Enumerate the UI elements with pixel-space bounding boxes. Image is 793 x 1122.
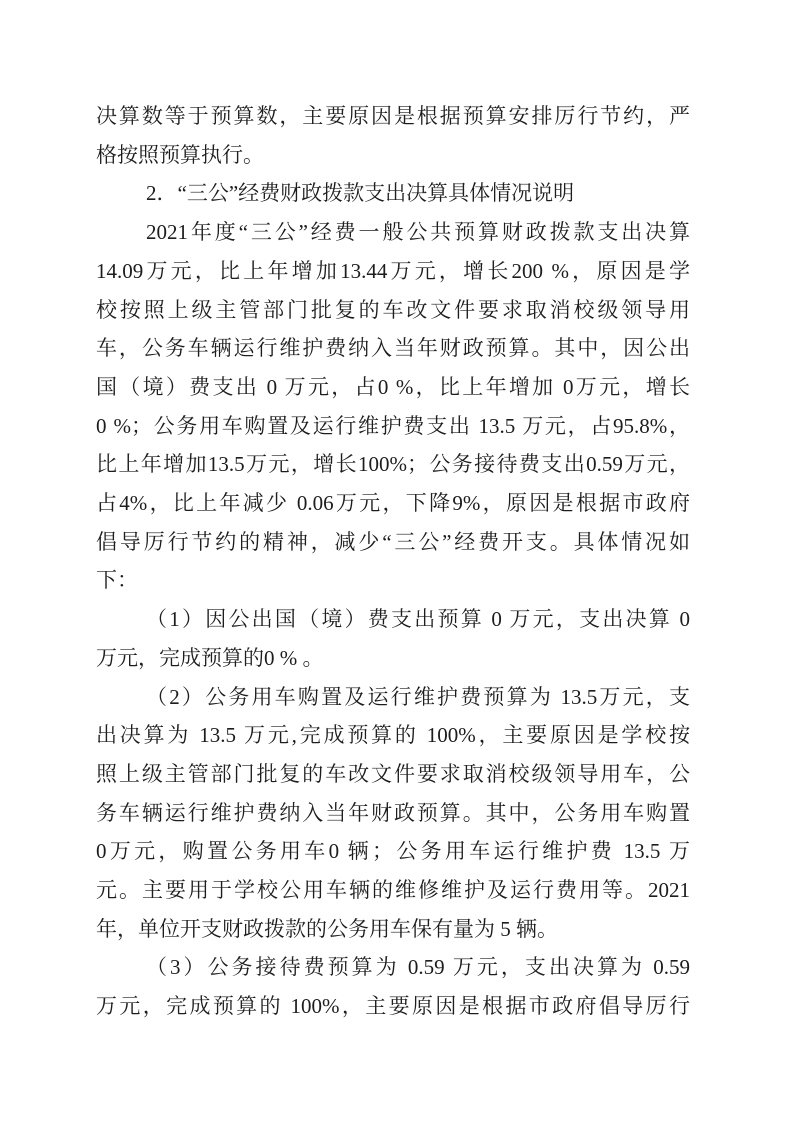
text-line: 决算数等于预算数，主要原因是根据预算安排厉行节约，严 (96, 97, 690, 136)
text-line: 格按照预算执行。 (96, 136, 690, 175)
text-line: 万元，完成预算的 100%，主要原因是根据市政府倡导厉行 (96, 987, 690, 1026)
text-line: 0 %；公务用车购置及运行维护费支出 13.5 万元，占95.8%， (96, 407, 690, 446)
text-line: 元。主要用于学校公用车辆的维修维护及运行费用等。2021 (96, 871, 690, 910)
text-line: （1）因公出国（境）费支出预算 0 万元，支出决算 0 (96, 600, 690, 639)
text-line: 校按照上级主管部门批复的车改文件要求取消校级领导用 (96, 291, 690, 330)
text-line: 比上年增加13.5万元，增长100%；公务接待费支出0.59万元， (96, 445, 690, 484)
text-line: 14.09万元，比上年增加13.44万元，增长200 %，原因是学 (96, 252, 690, 291)
text-line: 务车辆运行维护费纳入当年财政预算。其中，公务用车购置 (96, 794, 690, 833)
document-page: 决算数等于预算数，主要原因是根据预算安排厉行节约，严 格按照预算执行。 2．“三… (0, 0, 793, 1122)
text-line: 占4%，比上年减少 0.06万元，下降9%，原因是根据市政府 (96, 484, 690, 523)
text-line: 国（境）费支出 0 万元，占0 %，比上年增加 0万元，增长 (96, 368, 690, 407)
text-line: 出决算为 13.5 万元,完成预算的 100%，主要原因是学校按 (96, 716, 690, 755)
text-line: 年，单位开支财政拨款的公务用车保有量为 5 辆。 (96, 910, 690, 949)
text-line: 万元，完成预算的0 % 。 (96, 639, 690, 678)
text-line: 照上级主管部门批复的车改文件要求取消校级领导用车，公 (96, 755, 690, 794)
text-line: （3）公务接待费预算为 0.59 万元，支出决算为 0.59 (96, 948, 690, 987)
text-line: 2021年度“三公”经费一般公共预算财政拨款支出决算 (96, 213, 690, 252)
text-line: 倡导厉行节约的精神，减少“三公”经费开支。具体情况如 (96, 523, 690, 562)
text-line: 车，公务车辆运行维护费纳入当年财政预算。其中，因公出 (96, 329, 690, 368)
section-heading: 2．“三公”经费财政拨款支出决算具体情况说明 (96, 174, 690, 213)
text-line: （2）公务用车购置及运行维护费预算为 13.5万元，支 (96, 678, 690, 717)
text-line: 下： (96, 561, 690, 600)
text-line: 0万元，购置公务用车0 辆；公务用车运行维护费 13.5 万 (96, 832, 690, 871)
document-text-block: 决算数等于预算数，主要原因是根据预算安排厉行节约，严 格按照预算执行。 2．“三… (96, 97, 690, 1026)
